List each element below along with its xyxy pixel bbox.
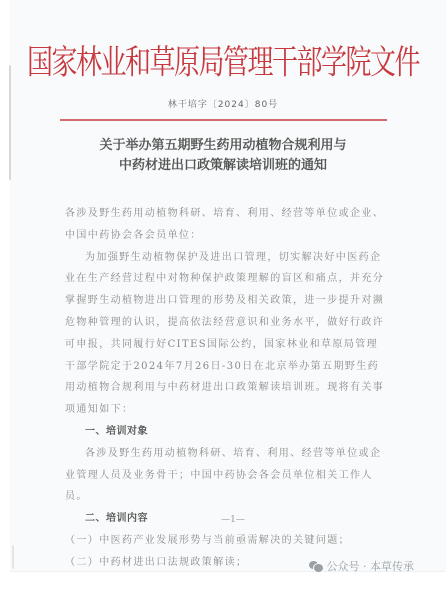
title-line: 中药材进出口政策解读培训班的通知 [0,156,446,176]
header-divider [60,119,387,121]
wechat-icon [309,561,323,572]
addressee: 各涉及野生药用动植物科研、培育、利用、经营等单位或企业、中国中药协会各会员单位： [65,203,387,247]
document-number: 林干培字〔2024〕80号 [0,97,446,110]
page-edge-shadow [12,545,14,569]
section-content: 各涉及野生药用动植物科研、培育、利用、经营等单位或企业管理人员及业务骨干；中国中… [65,443,387,508]
document-header: 国家林业和草原局管理干部学院文件 [0,36,446,84]
section-heading: 一、培训对象 [65,421,387,443]
intro-paragraph: 为加强野生动植物保护及进出口管理，切实解决好中医药企业在生产经营过程中对物种保护… [65,247,387,421]
document-title: 关于举办第五期野生药用动植物合规利用与 中药材进出口政策解读培训班的通知 [0,136,446,176]
section-item: （一）中医药产业发展形势与当前亟需解决的关键问题； [65,530,387,552]
watermark-text: 公众号 · 本草传承 [327,558,415,574]
page-number: —1— [0,515,446,525]
title-line: 关于举办第五期野生药用动植物合规利用与 [0,136,446,156]
watermark: 公众号 · 本草传承 [309,558,415,574]
